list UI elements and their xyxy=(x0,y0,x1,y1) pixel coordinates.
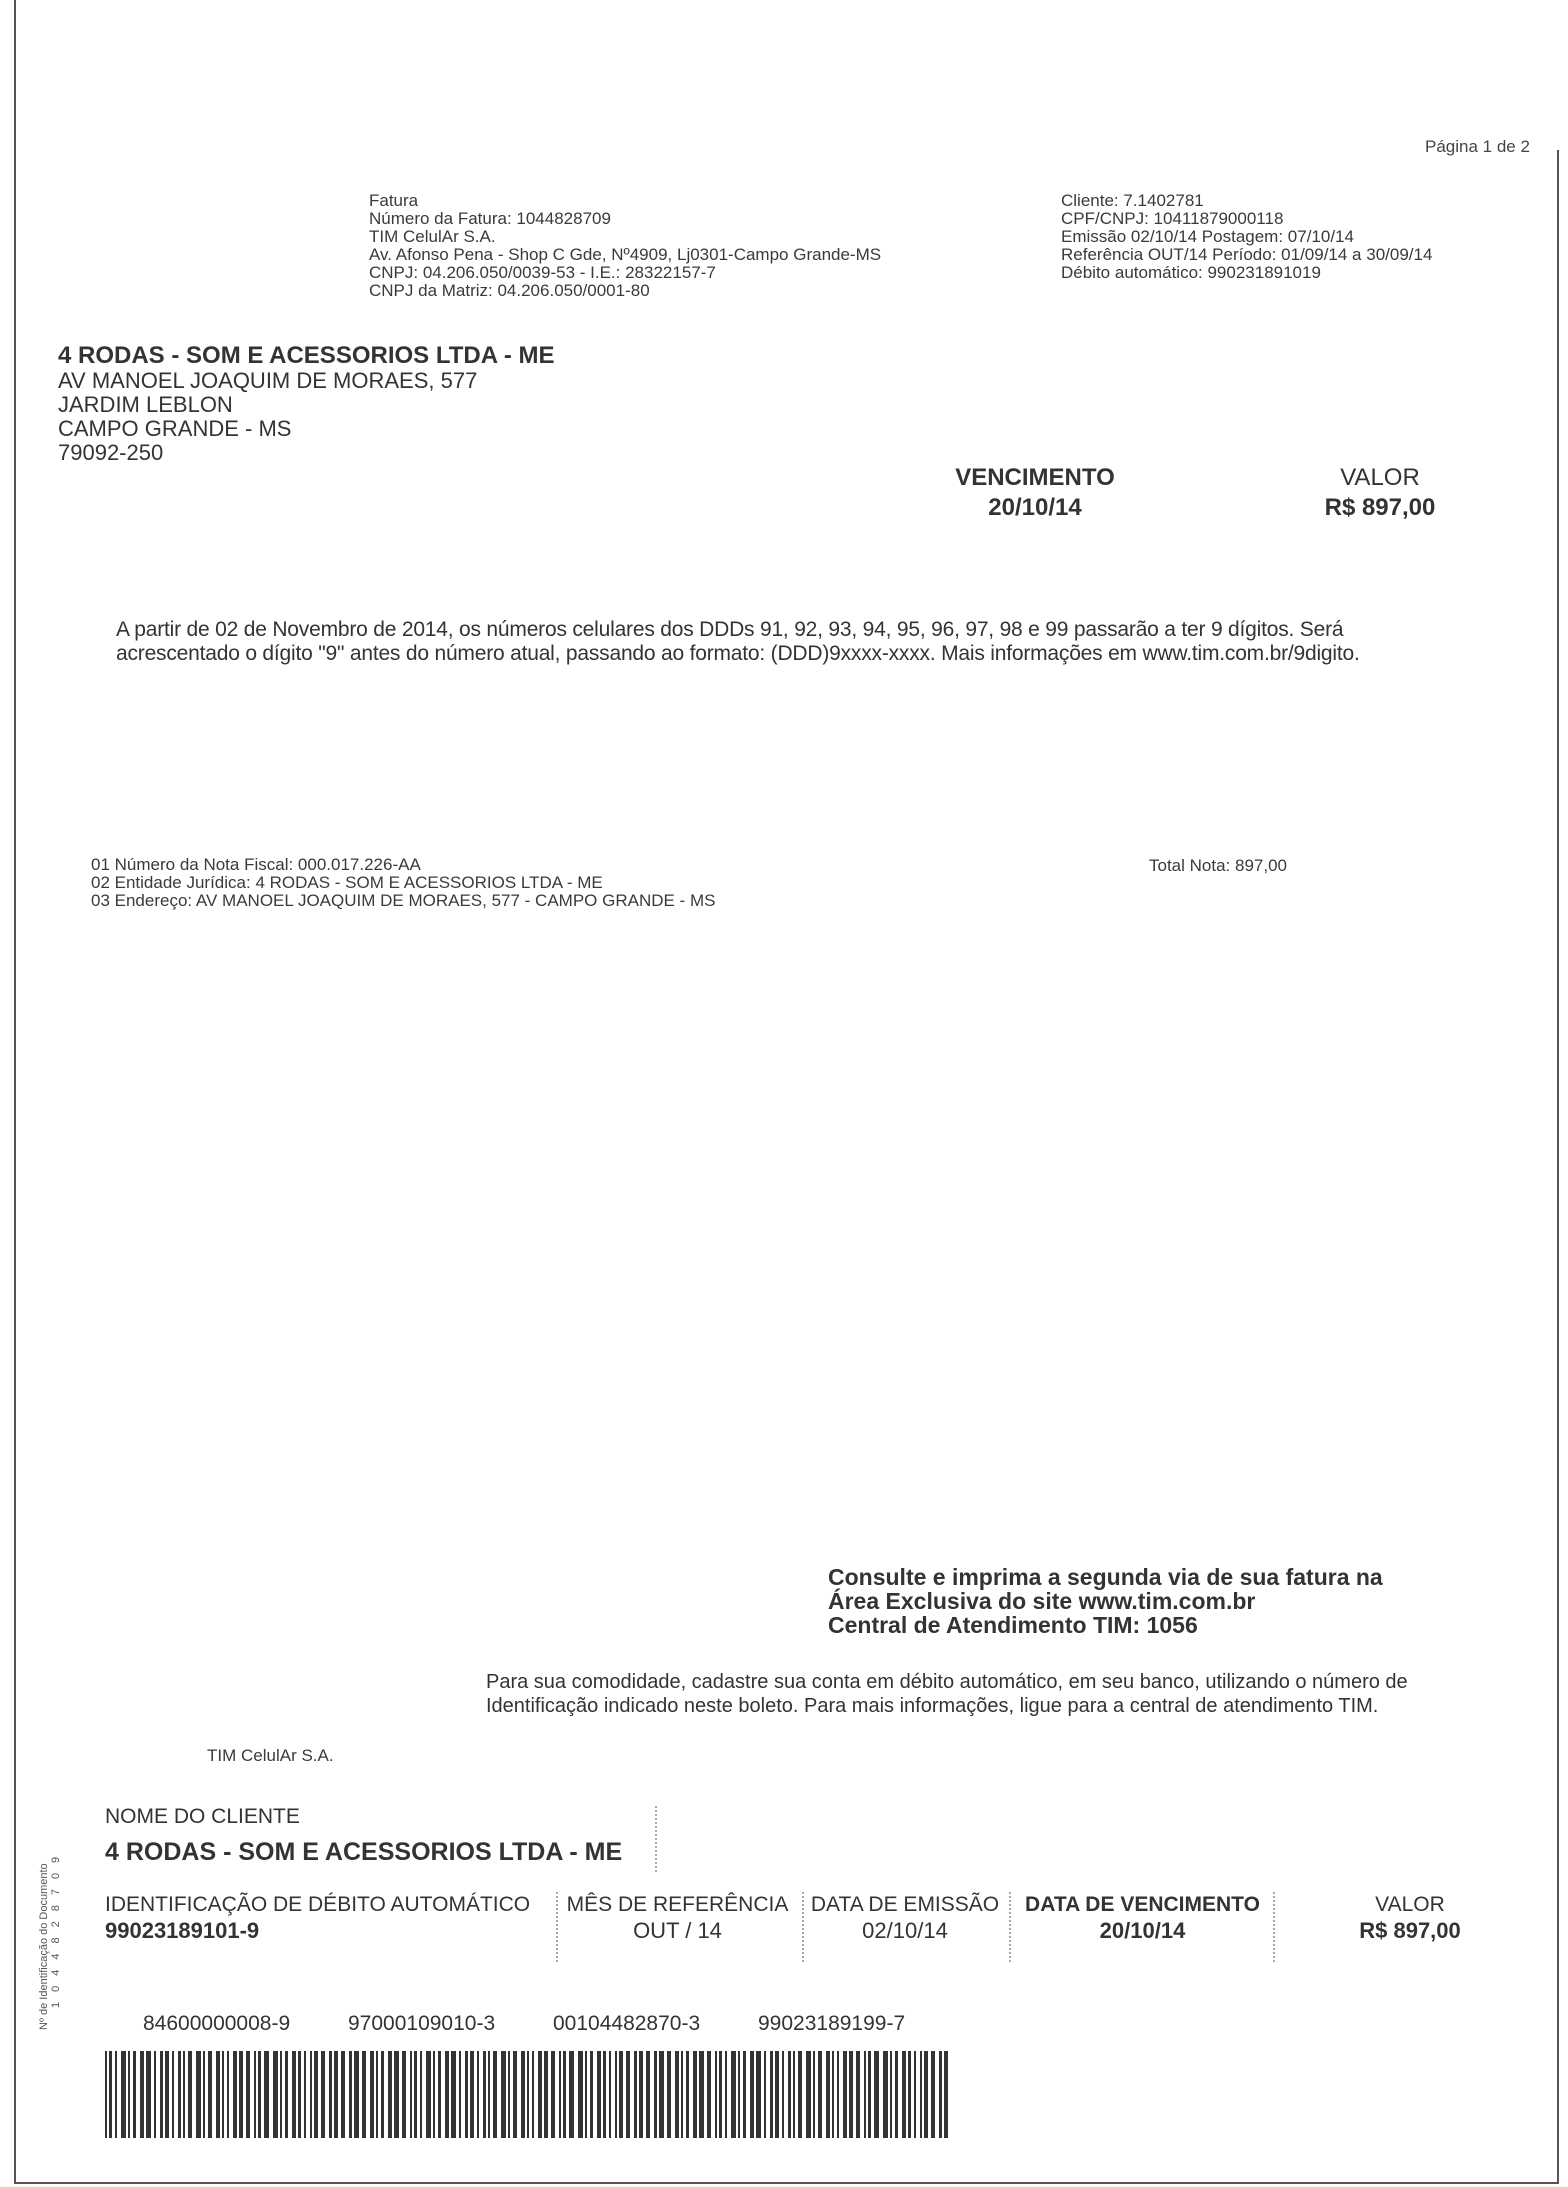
fiscal-note-block: 01 Número da Nota Fiscal: 000.017.226-AA… xyxy=(91,856,715,910)
debit-id-value: 99023189101-9 xyxy=(105,1918,530,1944)
recipient-street: AV MANOEL JOAQUIM DE MORAES, 577 xyxy=(58,369,554,393)
barcode-block-3: 00104482870-3 xyxy=(553,2012,700,2036)
summary-due-date: VENCIMENTO 20/10/14 xyxy=(935,463,1135,523)
value-amount: R$ 897,00 xyxy=(1310,1918,1510,1944)
fiscal-note-number: 01 Número da Nota Fiscal: 000.017.226-AA xyxy=(91,856,715,874)
client-name-value: 4 RODAS - SOM E ACESSORIOS LTDA - ME xyxy=(105,1838,622,1867)
value-label: VALOR xyxy=(1310,1892,1510,1918)
emission-date-label: DATA DE EMISSÃO xyxy=(805,1892,1005,1918)
boleto-company: TIM CelulAr S.A. xyxy=(207,1746,334,1766)
barcode-space xyxy=(948,2051,951,2138)
consult-line-1: Consulte e imprima a segunda via de sua … xyxy=(828,1565,1383,1589)
consult-line-3: Central de Atendimento TIM: 1056 xyxy=(828,1613,1383,1637)
emission-date-field: DATA DE EMISSÃO 02/10/14 xyxy=(805,1892,1005,1944)
page-border-right xyxy=(1557,150,1559,2184)
ref-month-label: MÊS DE REFERÊNCIA xyxy=(555,1892,800,1918)
due-date-label: DATA DE VENCIMENTO xyxy=(1010,1892,1275,1918)
page-indicator: Página 1 de 2 xyxy=(1425,137,1530,157)
field-separator xyxy=(802,1892,804,1962)
document-id-label: Nº de Identificação do Documento xyxy=(38,1847,50,2030)
amount-value: R$ 897,00 xyxy=(1280,493,1480,523)
invoice-label: Fatura xyxy=(369,192,881,210)
barcode-digit-line: 84600000008-9 97000109010-3 00104482870-… xyxy=(143,2012,957,2036)
barcode-block-4: 99023189199-7 xyxy=(758,2012,905,2036)
fiscal-entity: 02 Entidade Jurídica: 4 RODAS - SOM E AC… xyxy=(91,874,715,892)
reference-period: Referência OUT/14 Período: 01/09/14 a 30… xyxy=(1061,246,1432,264)
debit-id-label: IDENTIFICAÇÃO DE DÉBITO AUTOMÁTICO xyxy=(105,1892,530,1918)
fiscal-total: Total Nota: 897,00 xyxy=(1149,856,1287,876)
barcode-image xyxy=(105,2051,953,2138)
summary-amount: VALOR R$ 897,00 xyxy=(1280,463,1480,523)
value-field: VALOR R$ 897,00 xyxy=(1310,1892,1510,1944)
page-border-bottom xyxy=(14,2182,1559,2184)
client-id: Cliente: 7.1402781 xyxy=(1061,192,1432,210)
auto-debit-info: Para sua comodidade, cadastre sua conta … xyxy=(486,1670,1516,1718)
consult-line-2: Área Exclusiva do site www.tim.com.br xyxy=(828,1589,1383,1613)
recipient-neighborhood: JARDIM LEBLON xyxy=(58,393,554,417)
due-date-field: DATA DE VENCIMENTO 20/10/14 xyxy=(1010,1892,1275,1944)
client-info-block: Cliente: 7.1402781 CPF/CNPJ: 10411879000… xyxy=(1061,192,1432,282)
issuer-address: Av. Afonso Pena - Shop C Gde, Nº4909, Lj… xyxy=(369,246,881,264)
nine-digit-notice: A partir de 02 de Novembro de 2014, os n… xyxy=(116,618,1366,666)
recipient-name: 4 RODAS - SOM E ACESSORIOS LTDA - ME xyxy=(58,342,554,369)
recipient-city: CAMPO GRANDE - MS xyxy=(58,417,554,441)
recipient-zip: 79092-250 xyxy=(58,441,554,465)
field-separator xyxy=(1273,1892,1275,1962)
client-name-label: NOME DO CLIENTE xyxy=(105,1805,300,1829)
auto-debit-number: Débito automático: 990231891019 xyxy=(1061,264,1432,282)
issuer-name: TIM CelulAr S.A. xyxy=(369,228,881,246)
document-id-digits: 1044828709 xyxy=(50,1847,62,2008)
client-name-separator xyxy=(655,1806,657,1872)
barcode-block-1: 84600000008-9 xyxy=(143,2012,290,2036)
emission-date-value: 02/10/14 xyxy=(805,1918,1005,1944)
invoice-number: Número da Fatura: 1044828709 xyxy=(369,210,881,228)
amount-label: VALOR xyxy=(1280,463,1480,493)
consult-notice: Consulte e imprima a segunda via de sua … xyxy=(828,1565,1383,1637)
issuer-block: Fatura Número da Fatura: 1044828709 TIM … xyxy=(369,192,881,300)
issuer-cnpj-matriz: CNPJ da Matriz: 04.206.050/0001-80 xyxy=(369,282,881,300)
ref-month-value: OUT / 14 xyxy=(555,1918,800,1944)
issuer-cnpj: CNPJ: 04.206.050/0039-53 - I.E.: 2832215… xyxy=(369,264,881,282)
due-value: 20/10/14 xyxy=(935,493,1135,523)
debit-id-field: IDENTIFICAÇÃO DE DÉBITO AUTOMÁTICO 99023… xyxy=(105,1892,530,1944)
page-border-left xyxy=(14,0,16,2184)
client-cpf-cnpj: CPF/CNPJ: 10411879000118 xyxy=(1061,210,1432,228)
barcode-block-2: 97000109010-3 xyxy=(348,2012,495,2036)
ref-month-field: MÊS DE REFERÊNCIA OUT / 14 xyxy=(555,1892,800,1944)
recipient-address-block: 4 RODAS - SOM E ACESSORIOS LTDA - ME AV … xyxy=(58,342,554,465)
fiscal-address: 03 Endereço: AV MANOEL JOAQUIM DE MORAES… xyxy=(91,892,715,910)
emission-dates: Emissão 02/10/14 Postagem: 07/10/14 xyxy=(1061,228,1432,246)
due-label: VENCIMENTO xyxy=(935,463,1135,493)
due-date-value: 20/10/14 xyxy=(1010,1918,1275,1944)
document-id-vertical: Nº de Identificação do Documento 1044828… xyxy=(38,1847,62,2030)
